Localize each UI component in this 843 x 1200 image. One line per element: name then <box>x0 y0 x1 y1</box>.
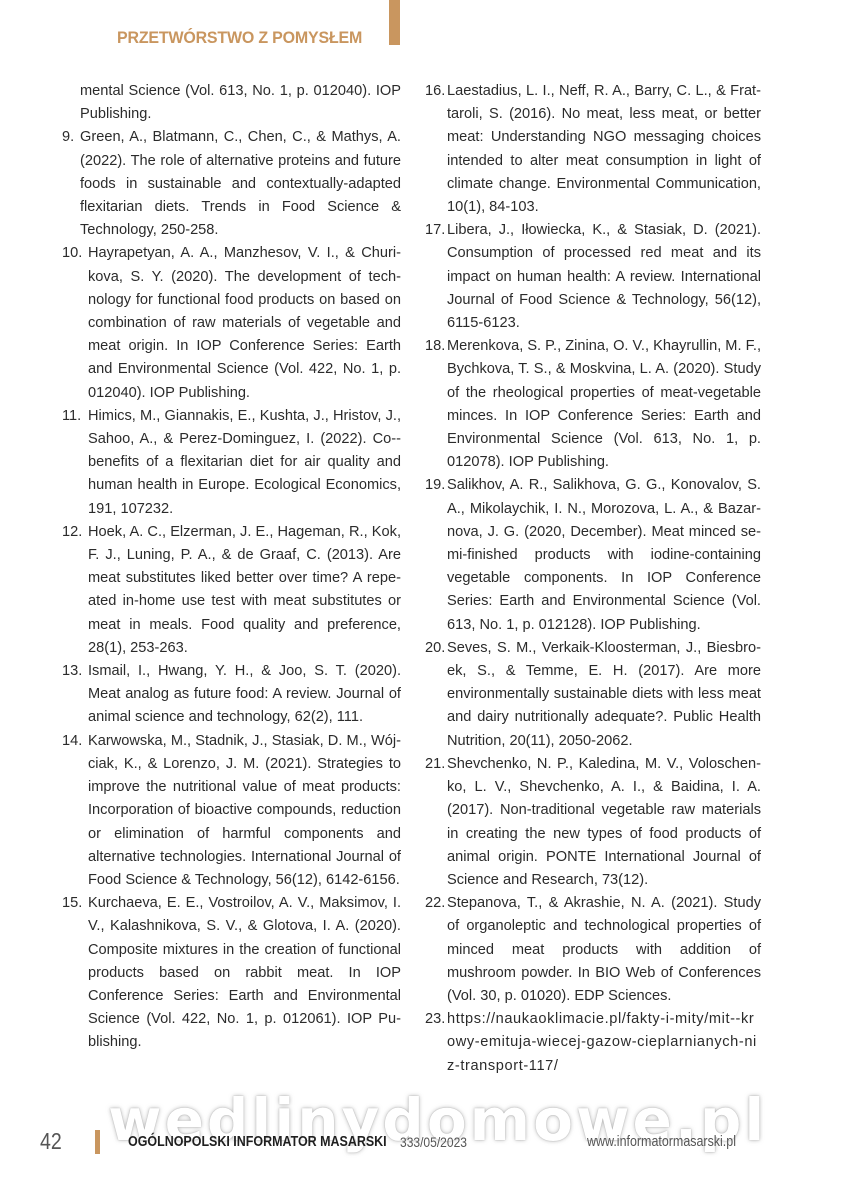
reference-item: 21. Shevchenko, N. P., Kaledina, M. V., … <box>425 753 761 892</box>
references-left-column: mental Science (Vol. 613, No. 1, p. 0120… <box>62 80 401 1055</box>
reference-item: 13. Ismail, I., Hwang, Y. H., & Joo, S. … <box>62 660 401 730</box>
reference-item: 20. Seves, S. M., Verkaik-Kloosterman, J… <box>425 637 761 753</box>
reference-text: Karwowska, M., Stadnik, J., Stasiak, D. … <box>88 730 401 892</box>
reference-text: Green, A., Blatmann, C., Chen, C., & Mat… <box>80 126 401 242</box>
reference-item: 17. Libera, J., Iłowiecka, K., & Stasiak… <box>425 219 761 335</box>
reference-number: 23. <box>425 1008 447 1031</box>
reference-item: 10. Hayrapetyan, A. A., Manzhesov, V. I.… <box>62 242 401 404</box>
reference-text: Kurchaeva, E. E., Vostroilov, A. V., Mak… <box>88 892 401 1054</box>
footer-accent-bar <box>95 1130 100 1154</box>
reference-number: 11. <box>62 405 88 428</box>
reference-number: 16. <box>425 80 447 103</box>
reference-number: 17. <box>425 219 447 242</box>
reference-number: 15. <box>62 892 88 915</box>
reference-item: 23. https://naukaoklimacie.pl/fakty-i-mi… <box>425 1008 761 1078</box>
website-link[interactable]: www.informatormasarski.pl <box>587 1134 736 1150</box>
reference-url-link[interactable]: https://naukaoklimacie.pl/fakty-i-mity/m… <box>447 1008 761 1078</box>
reference-item: 11. Himics, M., Giannakis, E., Kushta, J… <box>62 405 401 521</box>
reference-text: Salikhov, A. R., Salikhova, G. G., Konov… <box>447 474 761 636</box>
page-number: 42 <box>40 1128 62 1155</box>
reference-item: 12. Hoek, A. C., Elzerman, J. E., Hagema… <box>62 521 401 660</box>
reference-item: 19. Salikhov, A. R., Salikhova, G. G., K… <box>425 474 761 636</box>
reference-text: Hoek, A. C., Elzerman, J. E., Hageman, R… <box>88 521 401 660</box>
reference-number: 12. <box>62 521 88 544</box>
reference-text: Laestadius, L. I., Neff, R. A., Barry, C… <box>447 80 761 219</box>
section-title: PRZETWÓRSTWO Z POMYSŁEM <box>117 28 362 48</box>
reference-text: Merenkova, S. P., Zinina, O. V., Khayrul… <box>447 335 761 474</box>
reference-item: 16. Laestadius, L. I., Neff, R. A., Barr… <box>425 80 761 219</box>
reference-number: 14. <box>62 730 88 753</box>
reference-text: Seves, S. M., Verkaik-Kloosterman, J., B… <box>447 637 761 753</box>
reference-text: Shevchenko, N. P., Kaledina, M. V., Volo… <box>447 753 761 892</box>
references-right-column: 16. Laestadius, L. I., Neff, R. A., Barr… <box>425 80 761 1078</box>
reference-number: 19. <box>425 474 447 497</box>
reference-number: 10. <box>62 242 88 265</box>
reference-number: 13. <box>62 660 88 683</box>
reference-number: 21. <box>425 753 447 776</box>
issue-number: 333/05/2023 <box>400 1134 467 1150</box>
reference-item: 9. Green, A., Blatmann, C., Chen, C., & … <box>62 126 401 242</box>
reference-item: 18. Merenkova, S. P., Zinina, O. V., Kha… <box>425 335 761 474</box>
reference-text: Stepanova, T., & Akrashie, N. A. (2021).… <box>447 892 761 1008</box>
reference-item: 14. Karwowska, M., Stadnik, J., Stasiak,… <box>62 730 401 892</box>
reference-continuation: mental Science (Vol. 613, No. 1, p. 0120… <box>62 80 401 126</box>
magazine-name: OGÓLNOPOLSKI INFORMATOR MASARSKI <box>128 1134 387 1150</box>
reference-text: Himics, M., Giannakis, E., Kushta, J., H… <box>88 405 401 521</box>
reference-text: Libera, J., Iłowiecka, K., & Stasiak, D.… <box>447 219 761 335</box>
reference-number: 22. <box>425 892 447 915</box>
reference-number: 18. <box>425 335 447 358</box>
reference-number: 20. <box>425 637 447 660</box>
reference-item: 22. Stepanova, T., & Akrashie, N. A. (20… <box>425 892 761 1008</box>
reference-number: 9. <box>62 126 80 149</box>
header-accent-bar <box>389 0 400 45</box>
reference-text: Hayrapetyan, A. A., Manzhesov, V. I., & … <box>88 242 401 404</box>
page-footer: 42 OGÓLNOPOLSKI INFORMATOR MASARSKI 333/… <box>0 1128 843 1158</box>
reference-item: 15. Kurchaeva, E. E., Vostroilov, A. V.,… <box>62 892 401 1054</box>
reference-text: Ismail, I., Hwang, Y. H., & Joo, S. T. (… <box>88 660 401 730</box>
